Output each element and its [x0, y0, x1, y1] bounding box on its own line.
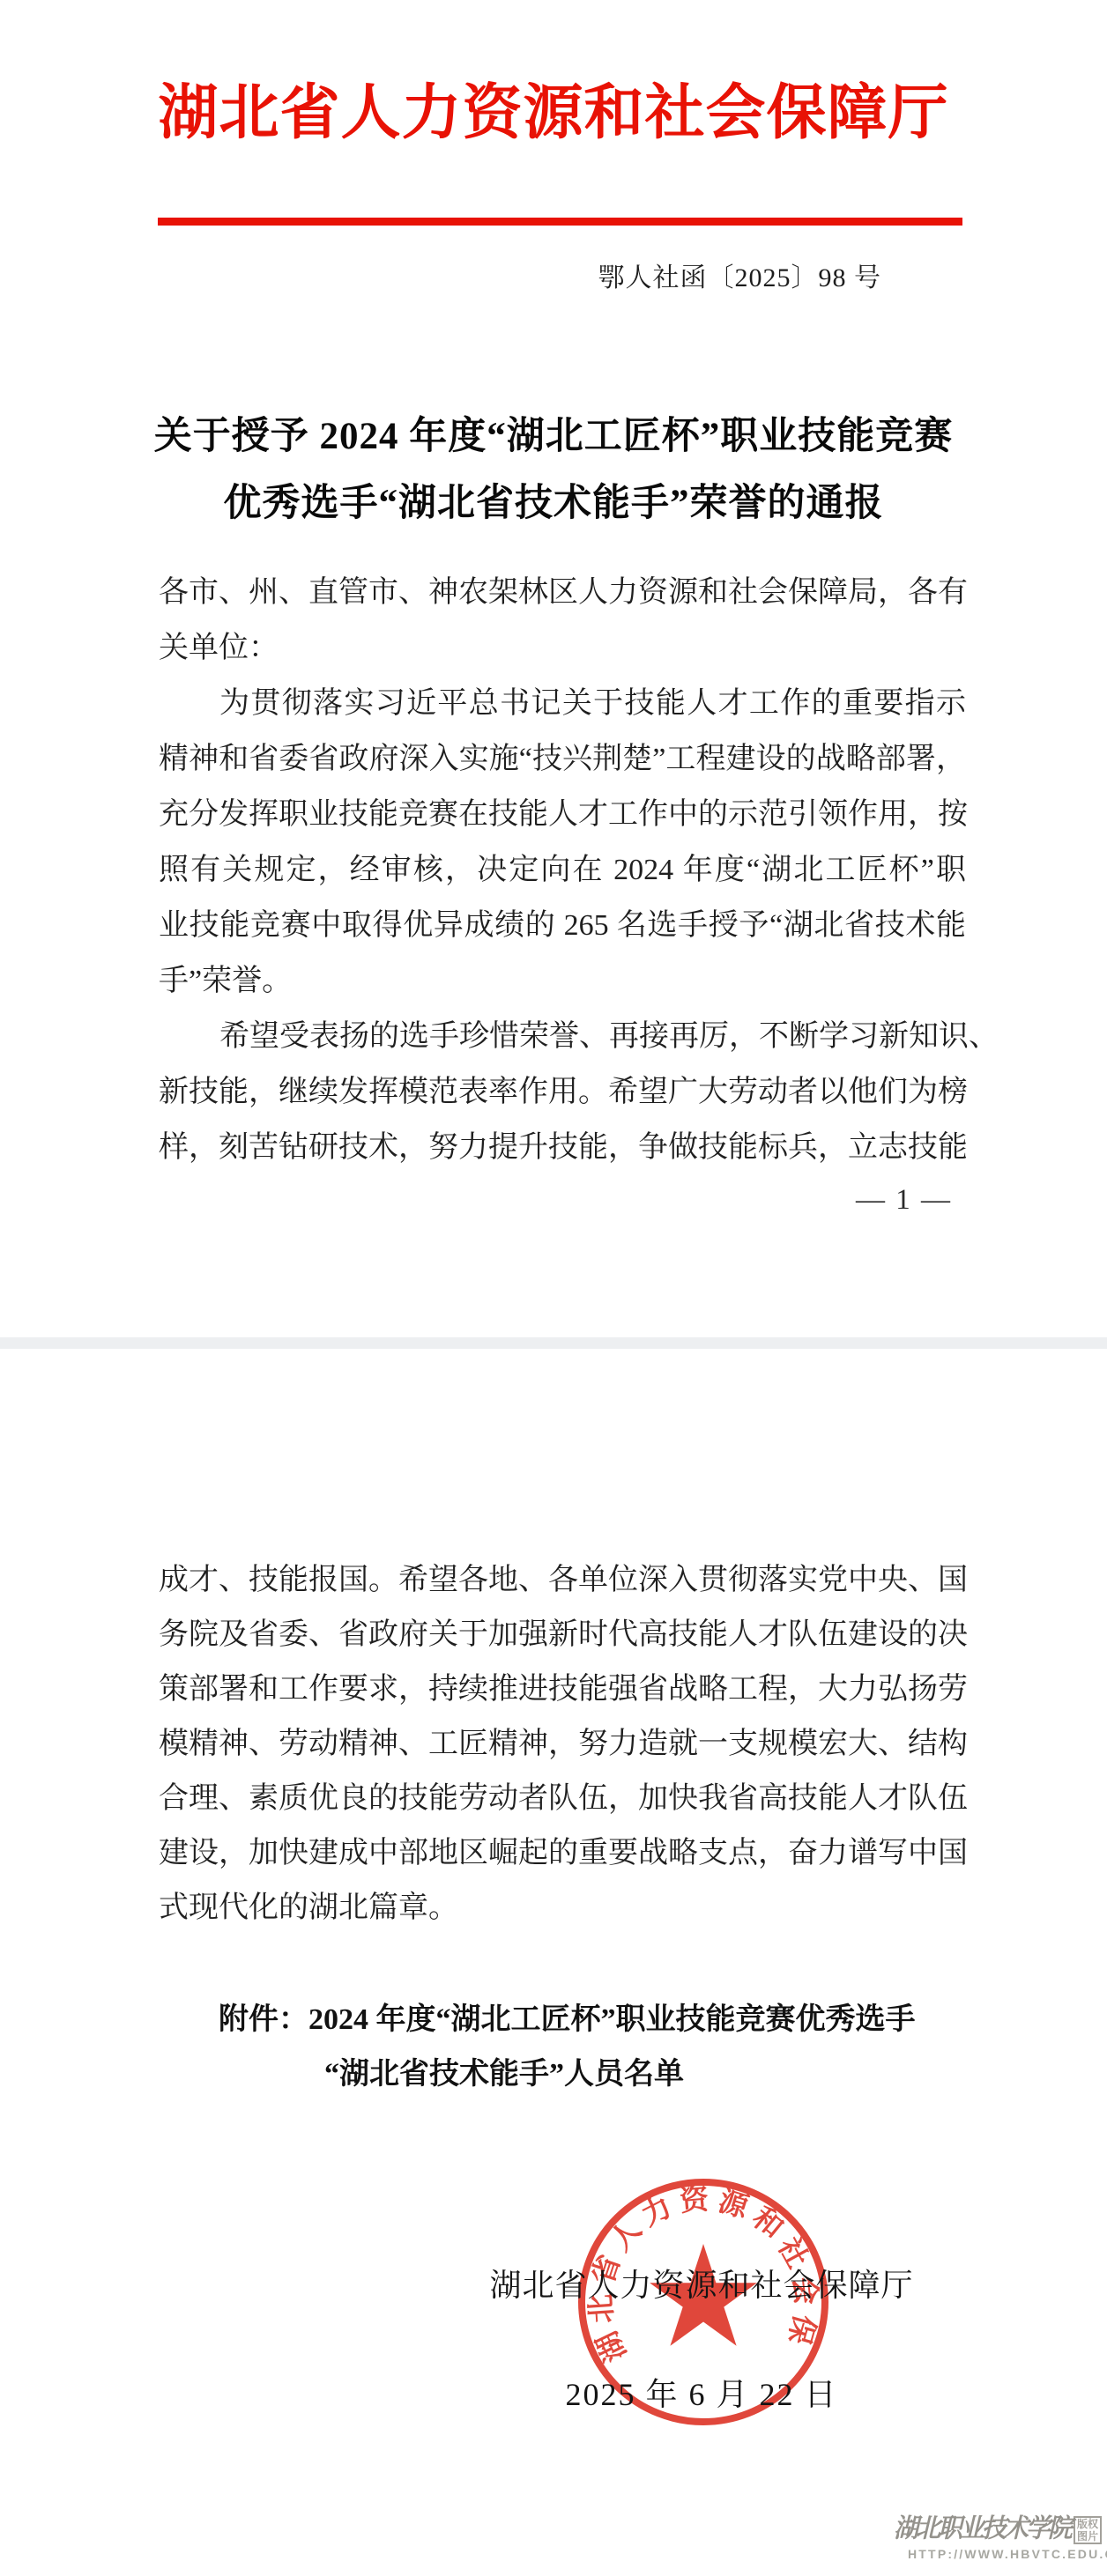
body-line: 建设，加快建成中部地区崛起的重要战略支点，奋力谱写中国: [159, 1826, 966, 1881]
copyright-badge-line1: 版权: [1077, 2518, 1098, 2530]
signature-agency: 湖北省人力资源和社会保障厅: [370, 2261, 1033, 2306]
signature-date: 2025 年 6 月 22 日: [370, 2370, 1033, 2415]
body-line: 关单位：: [159, 620, 966, 676]
attachment-line2: “湖北省技术能手”人员名单: [219, 2047, 985, 2102]
body-line: 式现代化的湖北篇章。: [159, 1881, 966, 1936]
watermark-college-name: 湖北职业技术学院: [894, 2508, 1070, 2545]
body-line: 希望受表扬的选手珍惜荣誉、再接再厉，不断学习新知识、: [159, 1009, 966, 1064]
body-line: 业技能竞赛中取得优异成绩的 265 名选手授予“湖北省技术能: [159, 898, 966, 953]
body-line: 充分发挥职业技能竞赛在技能人才工作中的示范引领作用，按: [159, 787, 966, 842]
body-line: 模精神、劳动精神、工匠精神，努力造就一支规模宏大、结构: [159, 1717, 966, 1772]
body-line: 新技能，继续发挥模范表率作用。希望广大劳动者以他们为榜: [159, 1064, 966, 1120]
site-watermark: 湖北职业技术学院 版权 图片 HTTP://WWW.HBVTC.EDU.CN: [908, 2509, 1102, 2561]
copyright-badge-icon: 版权 图片: [1074, 2516, 1102, 2544]
body-line: 成才、技能报国。希望各地、各单位深入贯彻落实党中央、国: [159, 1553, 966, 1608]
body-line: 策部署和工作要求，持续推进技能强省战略工程，大力弘扬劳: [159, 1662, 966, 1717]
attachment-line1: 附件：2024 年度“湖北工匠杯”职业技能竞赛优秀选手: [219, 1993, 985, 2047]
watermark-url: HTTP://WWW.HBVTC.EDU.CN: [908, 2547, 1102, 2561]
copyright-badge-line2: 图片: [1077, 2530, 1098, 2543]
letterhead-agency-name: 湖北省人力资源和社会保障厅: [0, 67, 1107, 159]
body-line: 为贯彻落实习近平总书记关于技能人才工作的重要指示: [159, 676, 966, 731]
body-line: 各市、州、直管市、神农架林区人力资源和社会保障局，各有: [159, 565, 966, 620]
document-number: 鄂人社函〔2025〕98 号: [158, 255, 962, 294]
page-separator: [0, 1337, 1107, 1349]
body-page1: 各市、州、直管市、神农架林区人力资源和社会保障局，各有 关单位： 为贯彻落实习近…: [159, 565, 966, 1175]
body-line: 精神和省委省政府深入实施“技兴荆楚”工程建设的战略部署，: [159, 731, 966, 787]
body-page2: 成才、技能报国。希望各地、各单位深入贯彻落实党中央、国 务院及省委、省政府关于加…: [159, 1553, 966, 1936]
body-line: 务院及省委、省政府关于加强新时代高技能人才队伍建设的决: [159, 1608, 966, 1662]
document-title: 关于授予 2024 年度“湖北工匠杯”职业技能竞赛 优秀选手“湖北省技术能手”荣…: [141, 403, 966, 537]
document-title-line2: 优秀选手“湖北省技术能手”荣誉的通报: [141, 470, 966, 537]
body-line: 照有关规定，经审核，决定向在 2024 年度“湖北工匠杯”职: [159, 842, 966, 898]
document-title-line1: 关于授予 2024 年度“湖北工匠杯”职业技能竞赛: [141, 403, 966, 470]
body-line: 合理、素质优良的技能劳动者队伍，加快我省高技能人才队伍: [159, 1772, 966, 1826]
page-number: — 1 —: [159, 1184, 966, 1217]
letterhead-rule: [158, 218, 962, 226]
body-line: 样，刻苦钻研技术，努力提升技能，争做技能标兵，立志技能: [159, 1120, 966, 1175]
attachment-note: 附件：2024 年度“湖北工匠杯”职业技能竞赛优秀选手 “湖北省技术能手”人员名…: [219, 1993, 985, 2102]
document-page: 湖北省人力资源和社会保障厅 鄂人社函〔2025〕98 号 关于授予 2024 年…: [0, 0, 1107, 2576]
body-line: 手”荣誉。: [159, 953, 966, 1009]
